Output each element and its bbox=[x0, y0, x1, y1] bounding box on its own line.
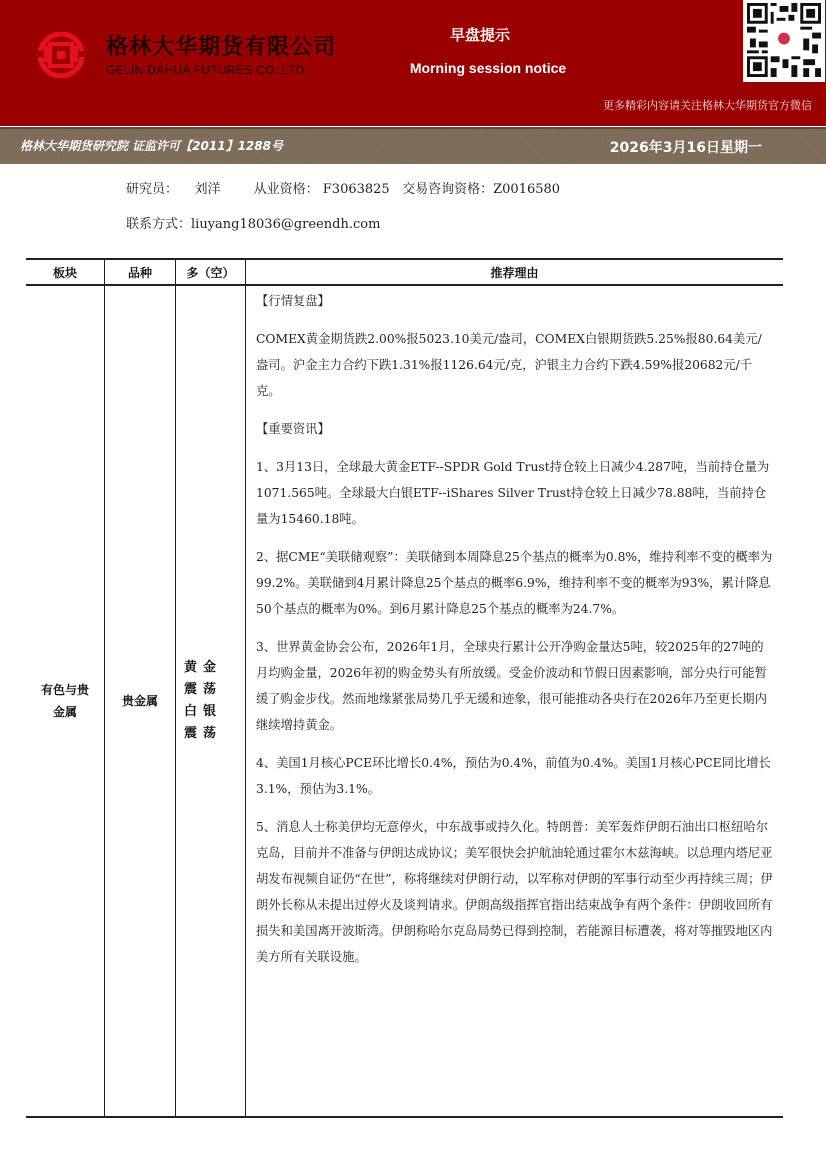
report-title: 早盘提示 bbox=[380, 24, 580, 45]
direction-cell: 黄金震荡 白银震荡 bbox=[176, 285, 246, 1117]
institute-license: 格林大华期货研究院 证监许可【2011】1288号 bbox=[20, 137, 283, 154]
qualification-number: F3063825 bbox=[323, 182, 390, 197]
table-header-row: 板块 品种 多（空） 推荐理由 bbox=[26, 259, 783, 285]
table-row: 有色与贵金属 贵金属 黄金震荡 白银震荡 【行情复盘】 COMEX黄金期货跌2.… bbox=[26, 285, 783, 1117]
wechat-qr-code bbox=[743, 0, 825, 82]
market-review-paragraph: COMEX黄金期货跌2.00%报5023.10美元/盎司，COMEX白银期货跌5… bbox=[256, 326, 773, 404]
qualification-label: 从业资格： bbox=[254, 182, 319, 197]
header-reason: 推荐理由 bbox=[246, 259, 784, 285]
advisory-number: Z0016580 bbox=[493, 182, 560, 197]
researcher-label: 研究员： bbox=[126, 182, 178, 197]
direction-silver: 白银震荡 bbox=[184, 701, 240, 745]
advisory-label: 交易咨询资格： bbox=[402, 182, 493, 197]
institute-band: 格林大华期货研究院 证监许可【2011】1288号 2026年3月16日星期一 bbox=[0, 127, 826, 164]
header-direction: 多（空） bbox=[176, 259, 246, 285]
section-heading-market-review: 【行情复盘】 bbox=[256, 288, 773, 314]
variety-cell: 贵金属 bbox=[105, 285, 176, 1117]
company-name-en: GELIN DAHUA FUTURES CO.,LTD. bbox=[106, 63, 308, 77]
contact-label: 联系方式： bbox=[126, 217, 191, 232]
header-variety: 品种 bbox=[105, 259, 176, 285]
sector-text: 有色与贵金属 bbox=[39, 679, 91, 723]
direction-gold: 黄金震荡 bbox=[184, 657, 240, 701]
researcher-name: 刘洋 bbox=[195, 182, 221, 197]
reason-cell: 【行情复盘】 COMEX黄金期货跌2.00%报5023.10美元/盎司，COME… bbox=[246, 285, 784, 1117]
report-date: 2026年3月16日星期一 bbox=[610, 137, 762, 157]
wechat-qr-code-icon bbox=[747, 3, 821, 77]
recommendation-table: 板块 品种 多（空） 推荐理由 有色与贵金属 贵金属 黄金震荡 白银震荡 【行情… bbox=[26, 258, 783, 1118]
news-item-3: 3、世界黄金协会公布，2026年1月，全球央行累计公开净购金量达5吨，较2025… bbox=[256, 634, 773, 738]
report-subtitle: Morning session notice bbox=[388, 60, 588, 76]
header-sector: 板块 bbox=[26, 259, 105, 285]
sector-cell: 有色与贵金属 bbox=[26, 285, 105, 1117]
news-item-4: 4、美国1月核心PCE环比增长0.4%，预估为0.4%，前值为0.4%。美国1月… bbox=[256, 750, 773, 802]
contact-email[interactable]: liuyang18036@greendh.com bbox=[191, 217, 380, 232]
company-name-cn: 格林大华期货有限公司 bbox=[106, 30, 336, 61]
news-item-2: 2、据CME“美联储观察”：美联储到本周降息25个基点的概率为0.8%，维持利率… bbox=[256, 544, 773, 622]
follow-wechat-text: 更多精彩内容请关注格林大华期货官方微信 bbox=[603, 97, 812, 113]
news-item-1: 1、3月13日，全球最大黄金ETF--SPDR Gold Trust持仓较上日减… bbox=[256, 454, 773, 532]
researcher-info: 研究员： 刘洋 从业资格： F3063825 交易咨询资格：Z0016580 bbox=[126, 178, 560, 197]
section-heading-key-news: 【重要资讯】 bbox=[256, 416, 773, 442]
contact-info: 联系方式：liuyang18036@greendh.com bbox=[126, 213, 380, 232]
company-logo-icon bbox=[34, 32, 88, 78]
report-header: 格林大华期货有限公司 GELIN DAHUA FUTURES CO.,LTD. … bbox=[0, 0, 826, 126]
news-item-5: 5、消息人士称美伊均无意停火，中东战事或持久化。特朗普：美军轰炸伊朗石油出口枢纽… bbox=[256, 814, 773, 970]
